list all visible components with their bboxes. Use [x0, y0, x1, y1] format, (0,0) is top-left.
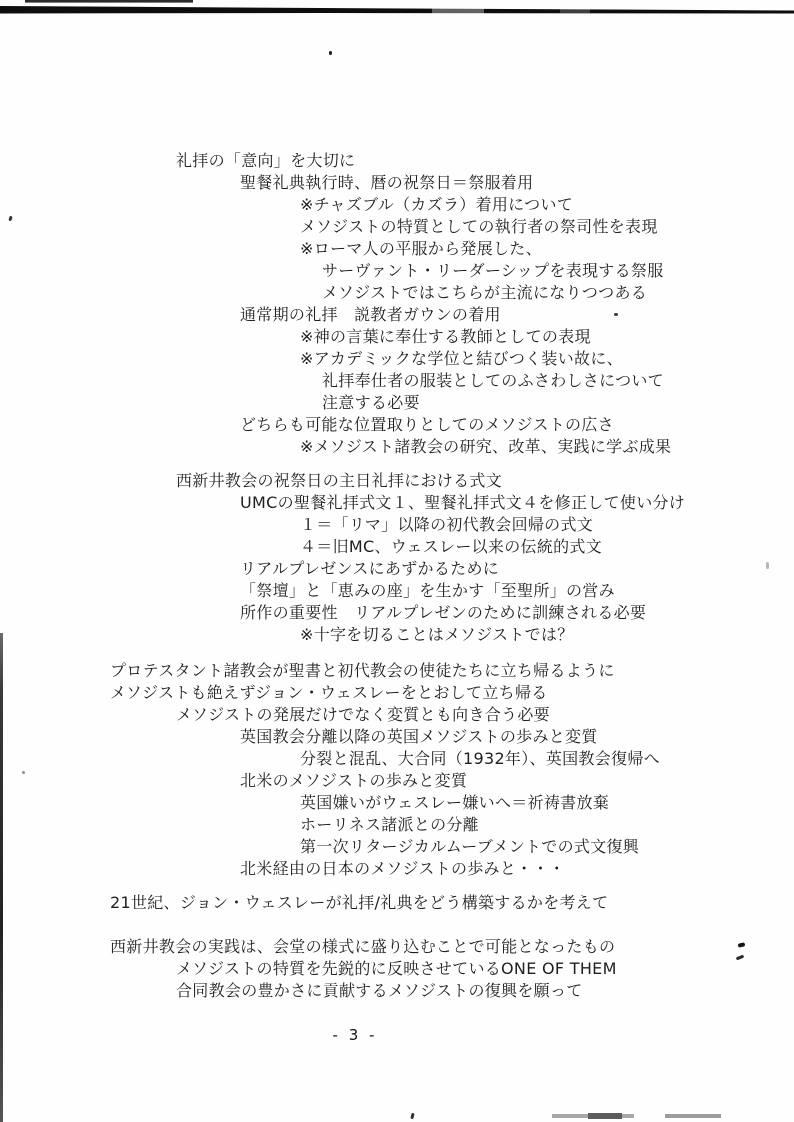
text-line: 西新井教会の祝祭日の主日礼拝における式文 — [0, 470, 794, 492]
text-line: リアルプレゼンスにあずかるために — [0, 558, 794, 580]
text-line: 分裂と混乱、大合同（1932年）、英国教会復帰へ — [0, 748, 794, 770]
text-line: 礼拝の「意向」を大切に — [0, 150, 794, 172]
text-line: ホーリネス諸派との分離 — [0, 814, 794, 836]
text-line: 21世紀、ジョン・ウェスレーが礼拝/礼典をどう構築するかを考えて — [0, 892, 794, 914]
text-line: ※メソジスト諸教会の研究、改革、実践に学ぶ成果 — [0, 436, 794, 458]
scan-speck — [410, 1113, 414, 1120]
text-line: メソジストの特質としての執行者の祭司性を表現 — [0, 216, 794, 238]
text-line: ※アカデミックな学位と結びつく装い故に、 — [0, 348, 794, 370]
text-line: メソジストではこちらが主流になりつつある — [0, 282, 794, 304]
scan-edge-top-line — [0, 0, 794, 20]
document-section: プロテスタント諸教会が聖書と初代教会の使徒たちに立ち帰るようにメソジストも絶えず… — [0, 660, 794, 880]
scan-dash — [665, 1114, 721, 1118]
text-line: 西新井教会の実践は、会堂の様式に盛り込むことで可能となったもの — [0, 936, 794, 958]
scan-thin-line — [25, 0, 193, 3]
scan-speck — [766, 562, 769, 569]
text-line: ※神の言葉に奉仕する教師としての表現 — [0, 326, 794, 348]
text-line: 通常期の礼拝 説教者ガウンの着用 — [0, 304, 794, 326]
text-line: UMCの聖餐礼拝式文１、聖餐礼拝式文４を修正して使い分け — [0, 492, 794, 514]
text-line: サーヴァント・リーダーシップを表現する祭服 — [0, 260, 794, 282]
text-line: ※チャズブル（カズラ）着用について — [0, 194, 794, 216]
text-line: 聖餐礼典執行時、暦の祝祭日＝祭服着用 — [0, 172, 794, 194]
text-line: ※ローマ人の平服から発展した、 — [0, 238, 794, 260]
scan-speck — [614, 313, 618, 316]
text-line: 北米のメソジストの歩みと変質 — [0, 770, 794, 792]
text-line: メソジストの特質を先鋭的に反映させているONE OF THEM — [0, 958, 794, 980]
document-section: 西新井教会の祝祭日の主日礼拝における式文UMCの聖餐礼拝式文１、聖餐礼拝式文４を… — [0, 470, 794, 646]
text-line: ※十字を切ることはメソジストでは？ — [0, 624, 794, 646]
document-body: 礼拝の「意向」を大切に聖餐礼典執行時、暦の祝祭日＝祭服着用※チャズブル（カズラ）… — [0, 150, 794, 1014]
text-line: プロテスタント諸教会が聖書と初代教会の使徒たちに立ち帰るように — [0, 660, 794, 682]
text-line: 「祭壇」と「恵みの座」を生かす「至聖所」の営み — [0, 580, 794, 602]
text-line: 合同教会の豊かさに貢献するメソジストの復興を願って — [0, 980, 794, 1002]
document-section: 西新井教会の実践は、会堂の様式に盛り込むことで可能となったものメソジストの特質を… — [0, 936, 794, 1002]
text-line: 北米経由の日本のメソジストの歩みと・・・ — [0, 858, 794, 880]
text-line: 英国教会分離以降の英国メソジストの歩みと変質 — [0, 726, 794, 748]
text-line: 所作の重要性 リアルプレゼンのために訓練される必要 — [0, 602, 794, 624]
page-number: - 3 - — [0, 1026, 752, 1044]
text-line: 英国嫌いがウェスレー嫌いへ＝祈祷書放棄 — [0, 792, 794, 814]
text-line: どちらも可能な位置取りとしてのメソジストの広さ — [0, 414, 794, 436]
scanned-page: 礼拝の「意向」を大切に聖餐礼典執行時、暦の祝祭日＝祭服着用※チャズブル（カズラ）… — [0, 0, 794, 1122]
text-line: １＝「リマ」以降の初代教会回帰の式文 — [0, 514, 794, 536]
document-section: 21世紀、ジョン・ウェスレーが礼拝/礼典をどう構築するかを考えて — [0, 892, 794, 914]
text-line: メソジストも絶えずジョン・ウェスレーをとおして立ち帰る — [0, 682, 794, 704]
document-section: 礼拝の「意向」を大切に聖餐礼典執行時、暦の祝祭日＝祭服着用※チャズブル（カズラ）… — [0, 150, 794, 458]
text-line: メソジストの発展だけでなく変質とも向き合う必要 — [0, 704, 794, 726]
scan-edge-left-line — [0, 633, 3, 1122]
scan-speck — [22, 771, 25, 774]
text-line: 第一次リタージカルムーブメントでの式文復興 — [0, 836, 794, 858]
text-line: 礼拝奉仕者の服装としてのふさわしさについて — [0, 370, 794, 392]
text-line: 注意する必要 — [0, 392, 794, 414]
text-line: ４＝旧MC、ウェスレー以来の伝統的式文 — [0, 536, 794, 558]
scan-dash — [588, 1113, 622, 1119]
scan-speck — [329, 51, 332, 55]
